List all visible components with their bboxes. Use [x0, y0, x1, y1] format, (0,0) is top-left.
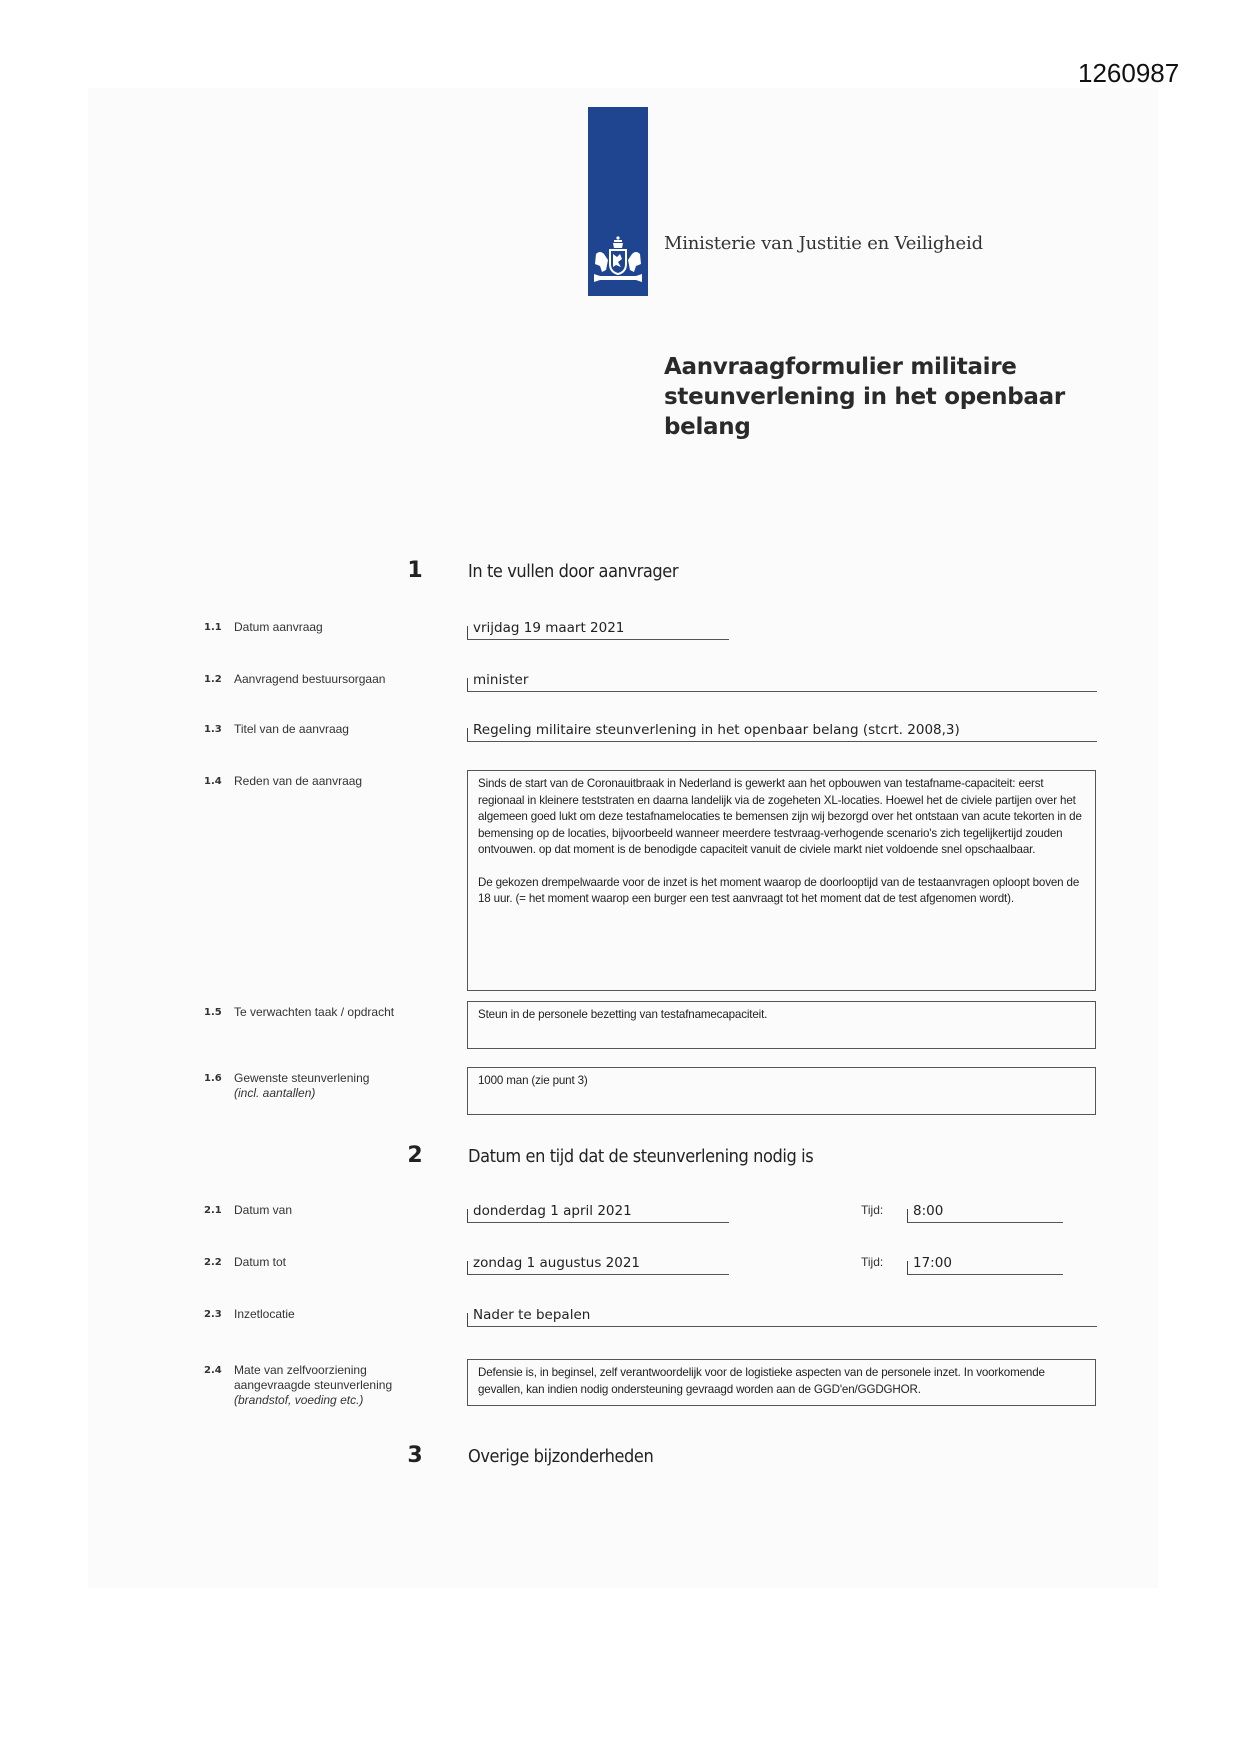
row-number: 2.1 [204, 1205, 222, 1216]
gewenste-steun-textarea[interactable]: 1000 man (zie punt 3) [467, 1067, 1096, 1115]
field-label-zelfvoorziening: Mate van zelfvoorziening aangevraagde st… [234, 1363, 414, 1408]
datum-tot-field[interactable]: zondag 1 augustus 2021 [467, 1253, 729, 1275]
section-3-title: Overige bijzonderheden [468, 1446, 653, 1467]
row-number: 2.2 [204, 1257, 222, 1268]
section-1-number: 1 [400, 558, 430, 583]
row-number: 1.3 [204, 724, 222, 735]
field-label-datum-tot: Datum tot [234, 1255, 286, 1270]
reden-aanvraag-textarea[interactable]: Sinds de start van de Coronauitbraak in … [467, 770, 1096, 991]
field-label-reden: Reden van de aanvraag [234, 774, 362, 789]
field-label-datum-van: Datum van [234, 1203, 292, 1218]
taak-opdracht-textarea[interactable]: Steun in de personele bezetting van test… [467, 1001, 1096, 1049]
reden-paragraph: De gekozen drempelwaarde voor de inzet i… [478, 875, 1085, 908]
section-2-number: 2 [400, 1143, 430, 1168]
section-1-title: In te vullen door aanvrager [468, 561, 678, 582]
row-number: 2.3 [204, 1309, 222, 1320]
row-number: 1.4 [204, 776, 222, 787]
ministry-logo [588, 107, 648, 296]
bestuursorgaan-field[interactable]: minister [467, 670, 1097, 692]
field-label-inzetlocatie: Inzetlocatie [234, 1307, 295, 1322]
reden-paragraph: Sinds de start van de Coronauitbraak in … [478, 776, 1085, 859]
ministry-name: Ministerie van Justitie en Veiligheid [664, 233, 983, 254]
field-label-bestuursorgaan: Aanvragend bestuursorgaan [234, 672, 385, 687]
datum-van-field[interactable]: donderdag 1 april 2021 [467, 1201, 729, 1223]
titel-aanvraag-field[interactable]: Regeling militaire steunverlening in het… [467, 720, 1097, 742]
inzetlocatie-field[interactable]: Nader te bepalen [467, 1305, 1097, 1327]
form-title: Aanvraagformulier militaire steunverleni… [664, 352, 1084, 442]
datum-aanvraag-field[interactable]: vrijdag 19 maart 2021 [467, 618, 729, 640]
tijd-label: Tijd: [861, 1203, 883, 1217]
section-3-number: 3 [400, 1443, 430, 1468]
row-number: 1.5 [204, 1007, 222, 1018]
zelfvoorziening-textarea[interactable]: Defensie is, in beginsel, zelf verantwoo… [467, 1359, 1096, 1406]
field-label-titel: Titel van de aanvraag [234, 722, 349, 737]
tijd-van-field[interactable]: 8:00 [907, 1201, 1063, 1223]
coat-of-arms-icon [592, 234, 644, 286]
section-2-title: Datum en tijd dat de steunverlening nodi… [468, 1146, 813, 1167]
tijd-label: Tijd: [861, 1255, 883, 1269]
document-number: 1260987 [1078, 58, 1179, 89]
tijd-tot-field[interactable]: 17:00 [907, 1253, 1063, 1275]
row-number: 1.6 [204, 1073, 222, 1084]
field-label-gewenste-steun: Gewenste steunverlening (incl. aantallen… [234, 1071, 369, 1101]
field-label-datum-aanvraag: Datum aanvraag [234, 620, 323, 635]
row-number: 1.2 [204, 674, 222, 685]
row-number: 1.1 [204, 622, 222, 633]
field-label-taak: Te verwachten taak / opdracht [234, 1005, 394, 1020]
row-number: 2.4 [204, 1365, 222, 1376]
